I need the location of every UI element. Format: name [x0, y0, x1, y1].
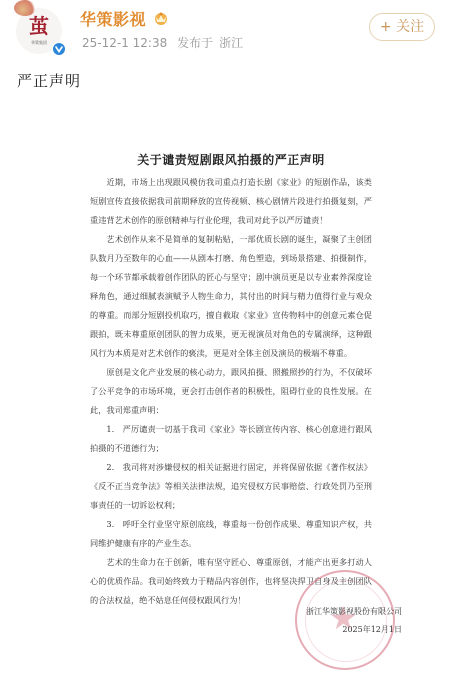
document-list-item: 2. 我司将对涉嫌侵权的相关证据进行固定，并将保留依据《著作权法》《反不正当竞争… [90, 458, 372, 515]
post-meta: 25-12-1 12:38 发布于浙江 [82, 34, 249, 51]
post-header: 茧 华策集团 华策影视 25-12-1 12:38 发布于浙江 + 关注 [0, 0, 452, 60]
follow-button[interactable]: + 关注 [369, 13, 435, 41]
crown-icon [153, 11, 169, 25]
post-timestamp: 25-12-1 12:38 [82, 36, 167, 50]
avatar-caption: 华策集团 [24, 40, 54, 45]
document-paragraph: 原创是文化产业发展的核心动力，跟风拍摄、照搬照抄的行为，不仅破坏了公平竞争的市场… [90, 363, 372, 420]
document-list-item: 1. 严厉谴责一切基于我司《家业》等长剧宣传内容、核心创意进行跟风拍摄的不道德行… [90, 420, 372, 458]
document-list-item: 3. 呼吁全行业坚守原创底线，尊重每一份创作成果、尊重知识产权，共同维护健康有序… [90, 515, 372, 553]
location-prefix: 发布于 [177, 36, 213, 50]
verified-badge-icon [52, 42, 66, 56]
document-body: 近期，市场上出现跟风模仿我司重点打造长剧《家业》的短剧作品，该类短剧宣传直接依据… [90, 173, 372, 610]
document-paragraph: 近期，市场上出现跟风模仿我司重点打造长剧《家业》的短剧作品，该类短剧宣传直接依据… [90, 173, 372, 230]
document-signature: 浙江华策影视股份有限公司 2025年12月1日 [242, 603, 402, 639]
post-location: 浙江 [219, 36, 243, 50]
username[interactable]: 华策影视 [80, 7, 146, 30]
company-logo-icon: 茧 [28, 15, 50, 37]
document-title: 关于谴责短剧跟风拍摄的严正声明 [42, 151, 420, 168]
post-text: 严正声明 [17, 70, 81, 91]
signature-date: 2025年12月1日 [242, 621, 402, 639]
document-paragraph: 艺术创作从来不是简单的复制粘贴，一部优质长剧的诞生，凝聚了主创团队数月乃至数年的… [90, 230, 372, 363]
signature-company: 浙江华策影视股份有限公司 [242, 603, 402, 621]
statement-document-image[interactable]: 关于谴责短剧跟风拍摄的严正声明 近期，市场上出现跟风模仿我司重点打造长剧《家业》… [42, 105, 420, 690]
